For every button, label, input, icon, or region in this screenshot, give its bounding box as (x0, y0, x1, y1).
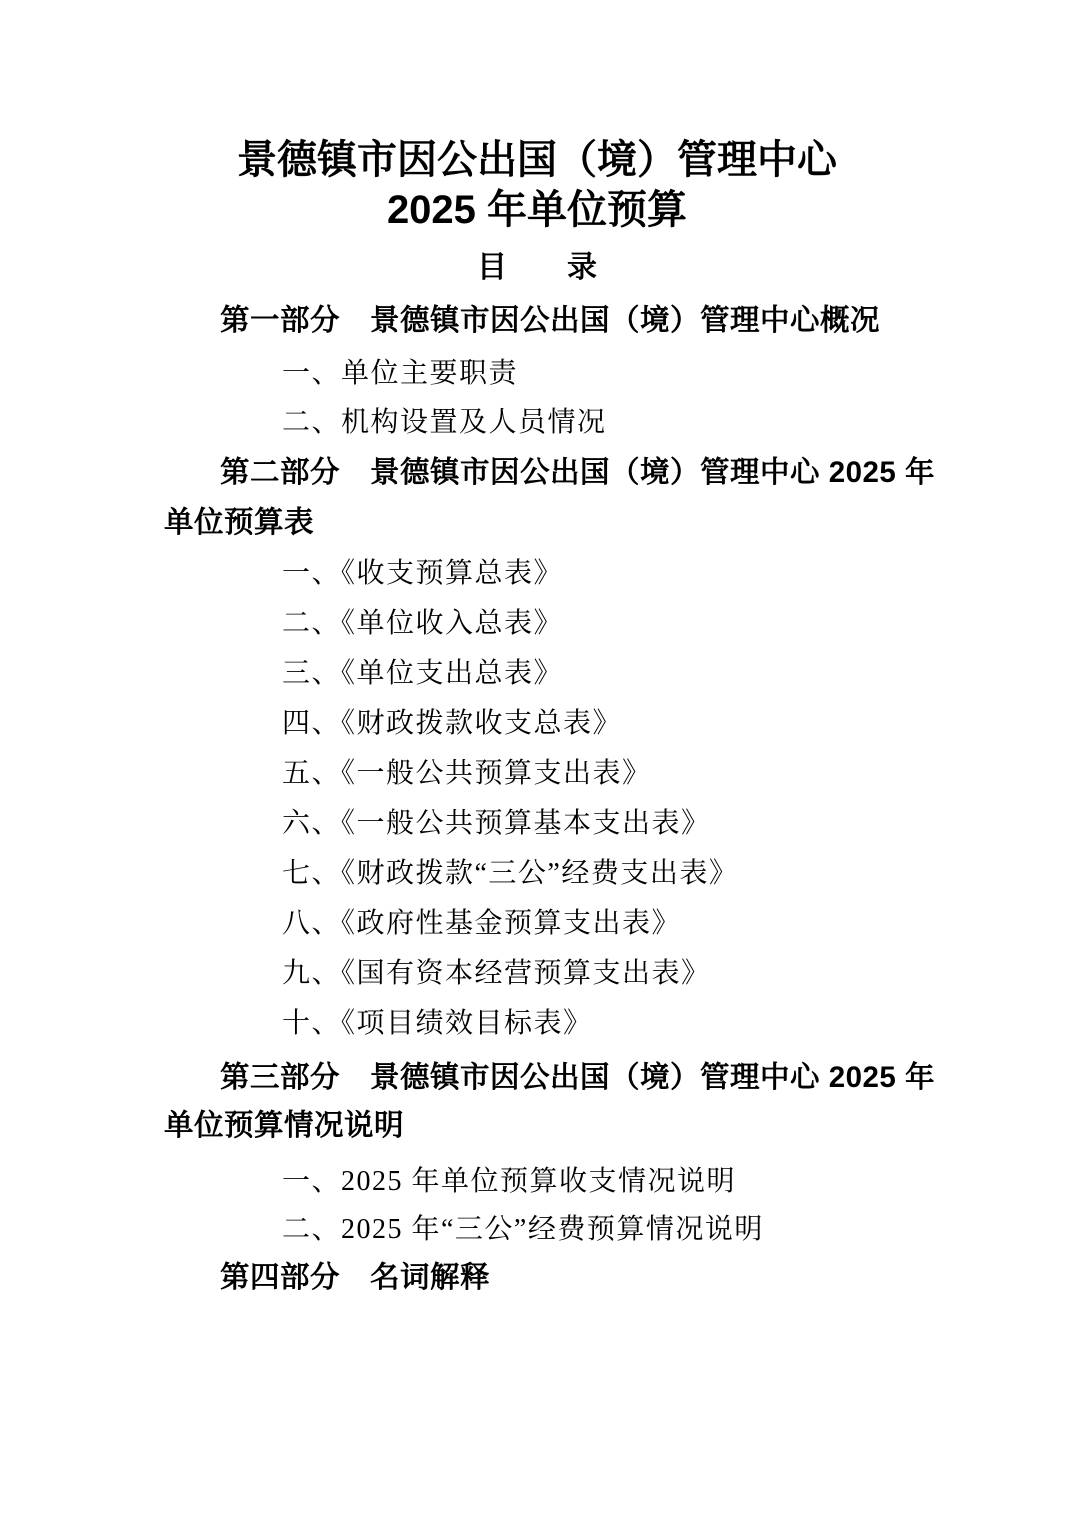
toc-item: 一、单位主要职责 (282, 360, 518, 388)
section-4-heading: 第四部分 名词解释 (220, 1263, 490, 1293)
document-title-line1: 景德镇市因公出国（境）管理中心 (0, 140, 1074, 180)
toc-item: 二、《单位收入总表》 (282, 610, 563, 638)
toc-item: 二、2025 年“三公”经费预算情况说明 (282, 1216, 764, 1244)
toc-item: 五、《一般公共预算支出表》 (282, 760, 652, 788)
toc-heading: 目 录 (0, 253, 1074, 283)
document-title-line2: 2025 年单位预算 (0, 190, 1074, 230)
toc-item: 一、2025 年单位预算收支情况说明 (282, 1168, 736, 1196)
toc-item: 六、《一般公共预算基本支出表》 (282, 810, 711, 838)
section-2-heading-line1: 第二部分 景德镇市因公出国（境）管理中心 2025 年 (220, 458, 935, 488)
section-3-heading-line2: 单位预算情况说明 (164, 1111, 404, 1141)
toc-item: 三、《单位支出总表》 (282, 660, 563, 688)
toc-item: 一、《收支预算总表》 (282, 560, 563, 588)
section-2-heading-line2: 单位预算表 (164, 508, 314, 538)
toc-item: 九、《国有资本经营预算支出表》 (282, 960, 711, 988)
toc-item: 八、《政府性基金预算支出表》 (282, 910, 681, 938)
document-page: 景德镇市因公出国（境）管理中心 2025 年单位预算 目 录 第一部分 景德镇市… (0, 0, 1074, 1520)
toc-item: 十、《项目绩效目标表》 (282, 1010, 593, 1038)
toc-item: 二、机构设置及人员情况 (282, 409, 607, 437)
section-1-heading: 第一部分 景德镇市因公出国（境）管理中心概况 (220, 306, 880, 336)
toc-item: 七、《财政拨款“三公”经费支出表》 (282, 860, 738, 888)
toc-item: 四、《财政拨款收支总表》 (282, 710, 622, 738)
section-3-heading-line1: 第三部分 景德镇市因公出国（境）管理中心 2025 年 (220, 1063, 935, 1093)
